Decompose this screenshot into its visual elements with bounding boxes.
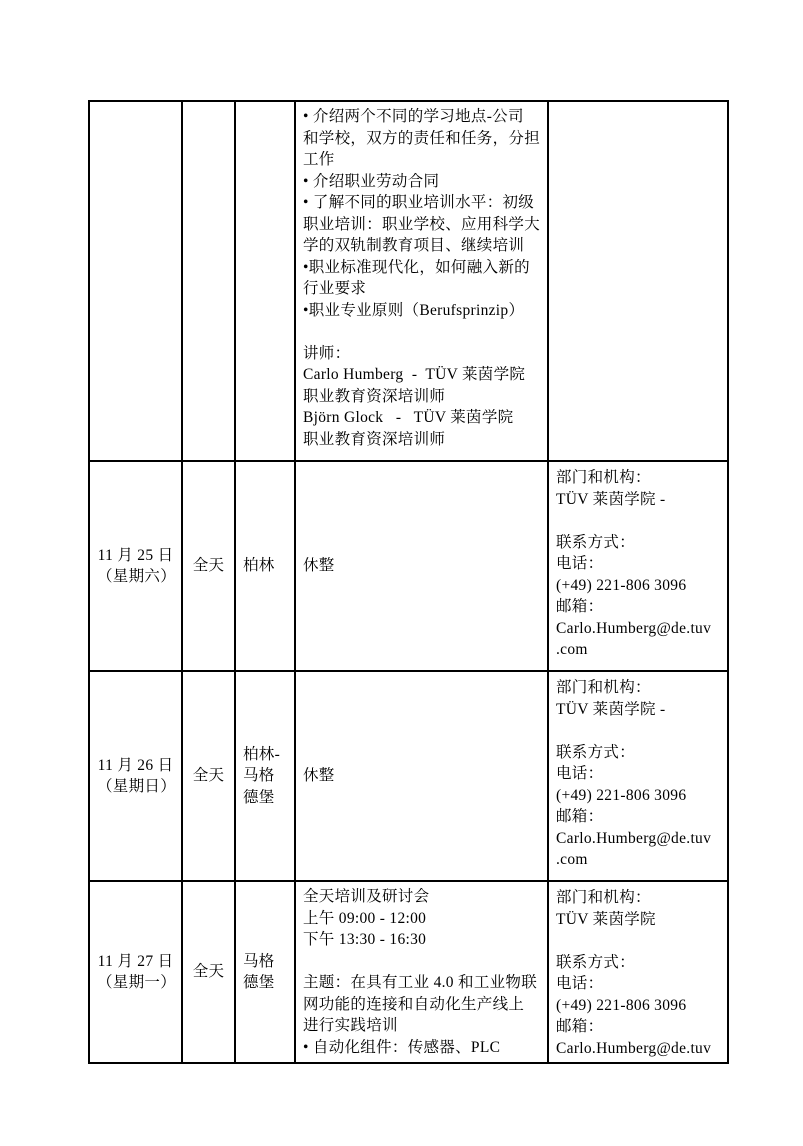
time-cell: 全天 bbox=[182, 881, 235, 1063]
contact-cell: 部门和机构： TÜV 莱茵学院 - 联系方式： 电话： (+49) 221-80… bbox=[548, 671, 728, 881]
date-cell bbox=[89, 101, 182, 461]
date-cell: 11 月 25 日 （星期六） bbox=[89, 461, 182, 671]
content-cell: 休整 bbox=[295, 671, 548, 881]
table-row-nov26: 11 月 26 日 （星期日） 全天 柏林- 马格 德堡 休整 部门和机构： T… bbox=[89, 671, 728, 881]
date-cell: 11 月 27 日 （星期一） bbox=[89, 881, 182, 1063]
location-cell: 柏林- 马格 德堡 bbox=[235, 671, 295, 881]
location-cell bbox=[235, 101, 295, 461]
table-row-nov27: 11 月 27 日 （星期一） 全天 马格 德堡 全天培训及研讨会 上午 09:… bbox=[89, 881, 728, 1063]
table-row-nov25: 11 月 25 日 （星期六） 全天 柏林 休整 部门和机构： TÜV 莱茵学院… bbox=[89, 461, 728, 671]
contact-cell bbox=[548, 101, 728, 461]
location-cell: 马格 德堡 bbox=[235, 881, 295, 1063]
contact-cell: 部门和机构： TÜV 莱茵学院 - 联系方式： 电话： (+49) 221-80… bbox=[548, 461, 728, 671]
content-cell: 休整 bbox=[295, 461, 548, 671]
date-cell: 11 月 26 日 （星期日） bbox=[89, 671, 182, 881]
location-cell: 柏林 bbox=[235, 461, 295, 671]
content-cell: 全天培训及研讨会 上午 09:00 - 12:00 下午 13:30 - 16:… bbox=[295, 881, 548, 1063]
table-row-continuation: • 介绍两个不同的学习地点-公司 和学校，双方的责任和任务，分担 工作 • 介绍… bbox=[89, 101, 728, 461]
time-cell: 全天 bbox=[182, 461, 235, 671]
content-cell: • 介绍两个不同的学习地点-公司 和学校，双方的责任和任务，分担 工作 • 介绍… bbox=[295, 101, 548, 461]
contact-cell: 部门和机构： TÜV 莱茵学院 联系方式： 电话： (+49) 221-806 … bbox=[548, 881, 728, 1063]
time-cell: 全天 bbox=[182, 671, 235, 881]
document-page: • 介绍两个不同的学习地点-公司 和学校，双方的责任和任务，分担 工作 • 介绍… bbox=[0, 0, 803, 1146]
time-cell bbox=[182, 101, 235, 461]
schedule-table: • 介绍两个不同的学习地点-公司 和学校，双方的责任和任务，分担 工作 • 介绍… bbox=[88, 100, 729, 1064]
